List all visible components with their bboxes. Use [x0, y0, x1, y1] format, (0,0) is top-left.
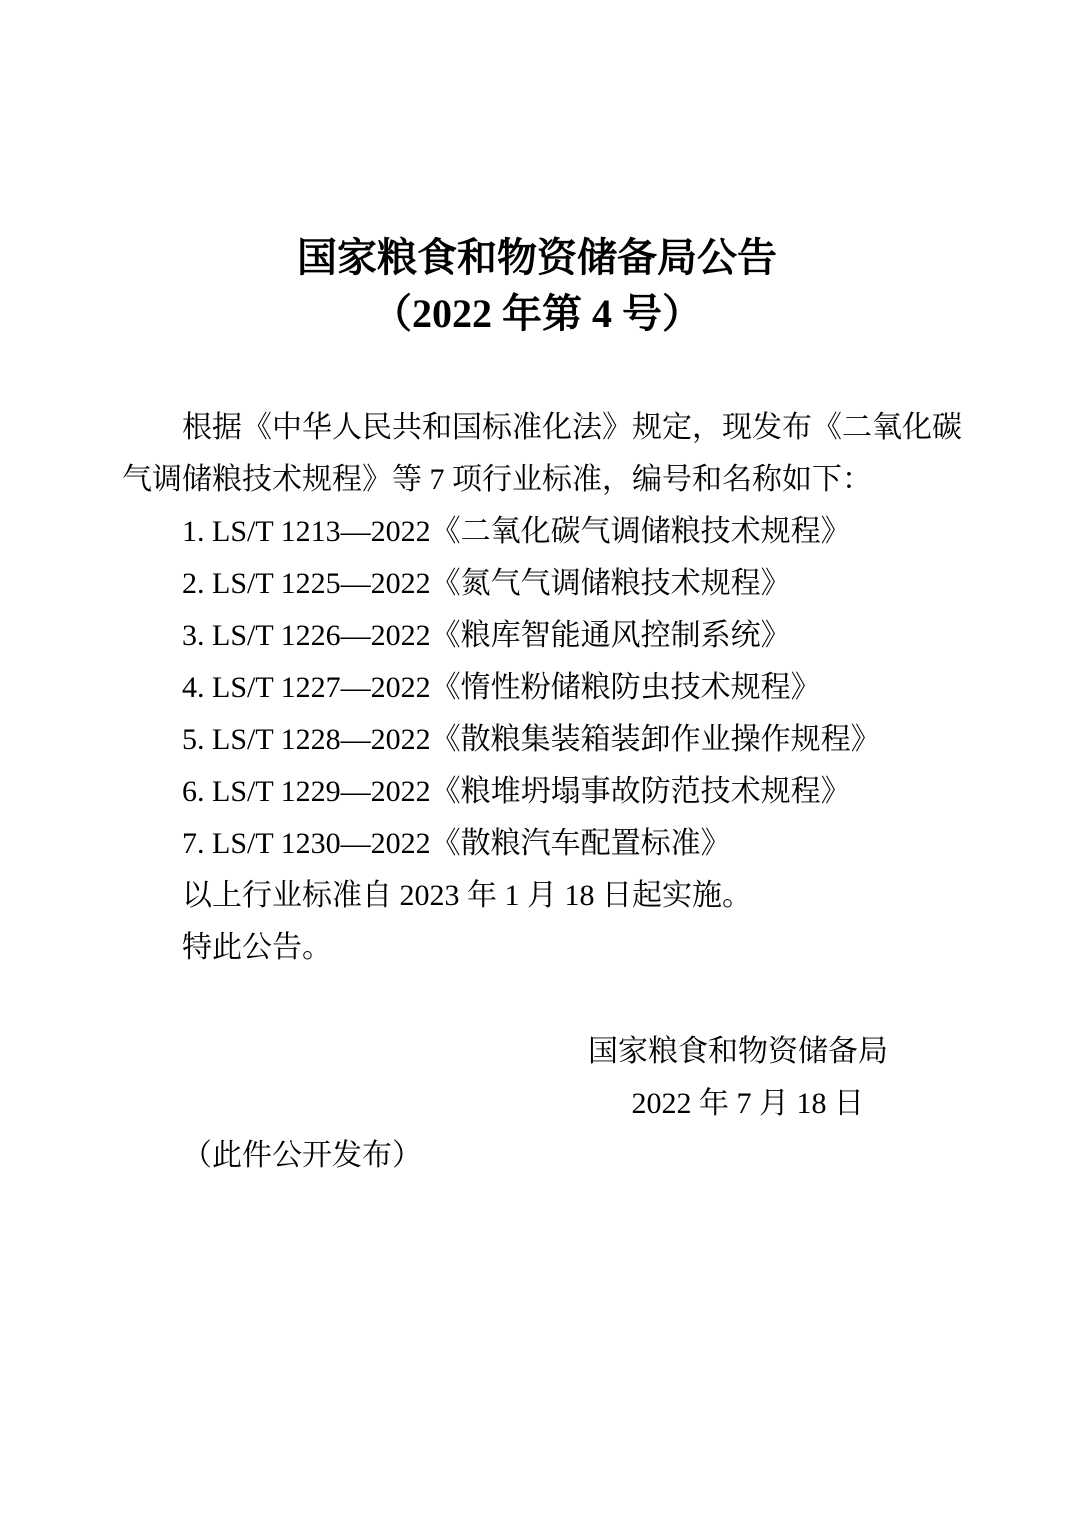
standard-item-7: 7. LS/T 1230—2022《散粮汽车配置标准》 [122, 818, 952, 870]
document-title-line1: 国家粮食和物资储备局公告 [0, 230, 1074, 286]
announcement-document-page: 国家粮食和物资储备局公告 （2022 年第 4 号） 根据《中华人民共和国标准化… [0, 0, 1074, 1520]
closing-line: 特此公告。 [122, 922, 952, 974]
signer-line: 国家粮食和物资储备局 [122, 1026, 952, 1078]
public-release-note: （此件公开发布） [122, 1130, 952, 1182]
blank-line [122, 974, 952, 1026]
standard-item-3: 3. LS/T 1226—2022《粮库智能通风控制系统》 [122, 610, 952, 662]
date-line: 2022 年 7 月 18 日 [122, 1078, 952, 1130]
standard-item-5: 5. LS/T 1228—2022《散粮集装箱装卸作业操作规程》 [122, 714, 952, 766]
standard-item-4: 4. LS/T 1227—2022《惰性粉储粮防虫技术规程》 [122, 662, 952, 714]
document-title-block: 国家粮食和物资储备局公告 （2022 年第 4 号） [0, 230, 1074, 342]
document-body: 根据《中华人民共和国标准化法》规定，现发布《二氧化碳 气调储粮技术规程》等 7 … [122, 402, 952, 1182]
standard-item-6: 6. LS/T 1229—2022《粮堆坍塌事故防范技术规程》 [122, 766, 952, 818]
document-title-line2: （2022 年第 4 号） [0, 286, 1074, 342]
standard-item-2: 2. LS/T 1225—2022《氮气气调储粮技术规程》 [122, 558, 952, 610]
standard-item-1: 1. LS/T 1213—2022《二氧化碳气调储粮技术规程》 [122, 506, 952, 558]
intro-line-1: 根据《中华人民共和国标准化法》规定，现发布《二氧化碳 [122, 402, 952, 454]
intro-line-2: 气调储粮技术规程》等 7 项行业标准，编号和名称如下： [122, 454, 952, 506]
implementation-line: 以上行业标准自 2023 年 1 月 18 日起实施。 [122, 870, 952, 922]
